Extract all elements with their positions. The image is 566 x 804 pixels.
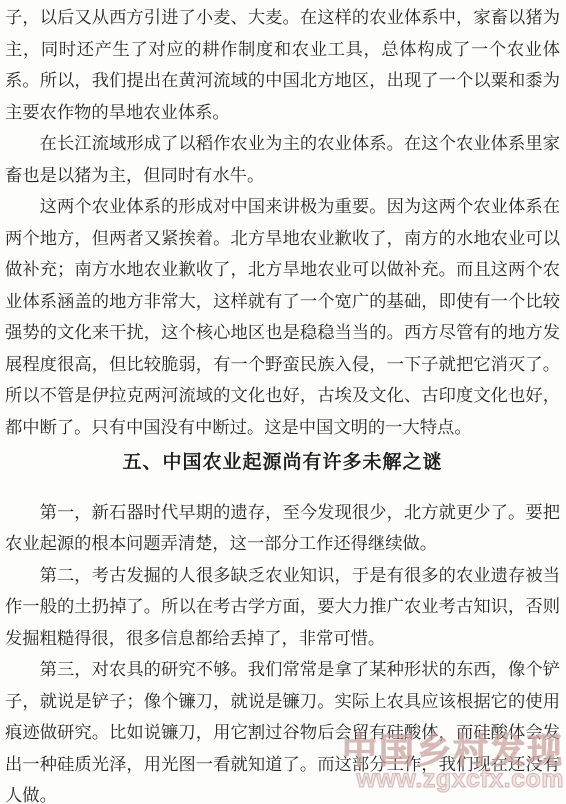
document-page: 子，以后又从西方引进了小麦、大麦。在这样的农业体系中，家畜以猪为主，同时还产生了… <box>0 0 566 804</box>
body-paragraph-continuation: 子，以后又从西方引进了小麦、大麦。在这样的农业体系中，家畜以猪为主，同时还产生了… <box>5 2 560 128</box>
body-paragraph-point-3: 第三，对农具的研究不够。我们常常是拿了某种形状的东西，像个铲子，就说是铲子；像个… <box>5 654 560 804</box>
body-paragraph-point-2: 第二，考古发掘的人很多缺乏农业知识，于是有很多的农业遗存被当作一般的土扔掉了。所… <box>5 560 560 655</box>
body-paragraph: 这两个农业体系的形成对中国来讲极为重要。因为这两个农业体系在两个地方，但两者又紧… <box>5 191 560 443</box>
body-paragraph-point-1: 第一，新石器时代早期的遗存，至今发现很少，北方就更少了。要把农业起源的根本问题弄… <box>5 497 560 560</box>
section-heading: 五、中国农业起源尚有许多未解之谜 <box>5 447 560 479</box>
body-paragraph: 在长江流域形成了以稻作农业为主的农业体系。在这个农业体系里家畜也是以猪为主，但同… <box>5 128 560 191</box>
